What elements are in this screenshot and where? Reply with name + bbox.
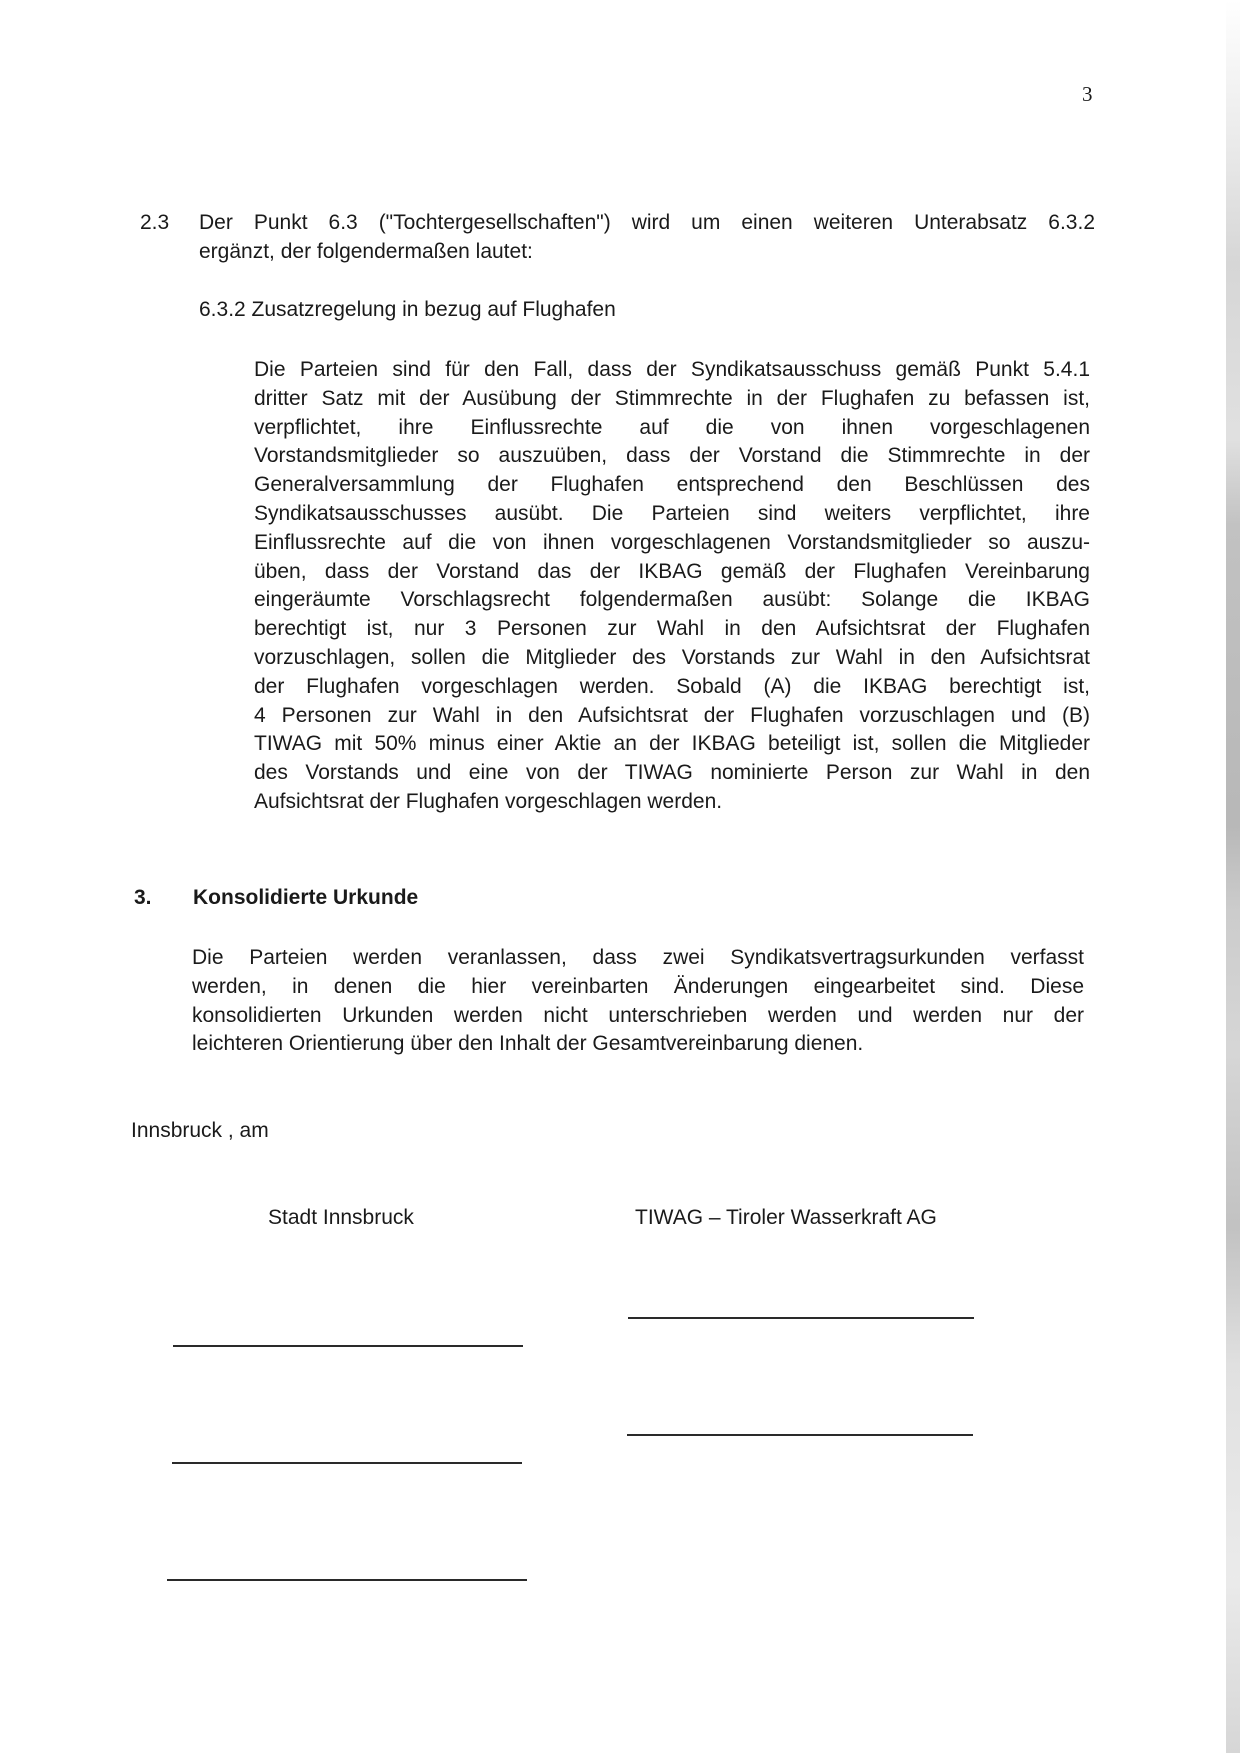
text-line: werden, in denen die hier vereinbarten Ä… <box>192 973 1084 1002</box>
text-line: Aufsichtsrat der Flughafen vorgeschlagen… <box>254 788 1090 817</box>
signature-line-right-2 <box>627 1434 973 1436</box>
subsection-title: 6.3.2 Zusatzregelung in bezug auf Flugha… <box>199 296 616 325</box>
text-line: Die Parteien werden veranlassen, dass zw… <box>192 944 1084 973</box>
text-line: leichteren Orientierung über den Inhalt … <box>192 1030 1084 1059</box>
text-line: TIWAG mit 50% minus einer Aktie an der I… <box>254 730 1090 759</box>
text-line: Der Punkt 6.3 ("Tochtergesellschaften") … <box>199 209 1095 238</box>
text-line: der Flughafen vorgeschlagen werden. Soba… <box>254 673 1090 702</box>
text-line: des Vorstands und eine von der TIWAG nom… <box>254 759 1090 788</box>
text-line: üben, dass der Vorstand das der IKBAG ge… <box>254 558 1090 587</box>
text-line: dritter Satz mit der Ausübung der Stimmr… <box>254 385 1090 414</box>
signature-line-left-1 <box>173 1345 523 1347</box>
text-line: Einflussrechte auf die von ihnen vorgesc… <box>254 529 1090 558</box>
signature-line-left-3 <box>167 1579 527 1581</box>
section-2-3-text: Der Punkt 6.3 ("Tochtergesellschaften") … <box>199 209 1095 267</box>
scan-edge-shadow <box>1226 0 1240 1753</box>
text-line: ergänzt, der folgendermaßen lautet: <box>199 238 1095 267</box>
text-line: konsolidierten Urkunden werden nicht unt… <box>192 1002 1084 1031</box>
text-line: 4 Personen zur Wahl in den Aufsichtsrat … <box>254 702 1090 731</box>
signature-line-left-2 <box>172 1462 522 1464</box>
text-line: Generalversammlung der Flughafen entspre… <box>254 471 1090 500</box>
text-line: eingeräumte Vorschlagsrecht folgendermaß… <box>254 586 1090 615</box>
text-line: vorzuschlagen, sollen die Mitglieder des… <box>254 644 1090 673</box>
page-number: 3 <box>1082 82 1093 107</box>
subsection-body: Die Parteien sind für den Fall, dass der… <box>254 356 1090 817</box>
text-line: verpflichtet, ihre Einflussrechte auf di… <box>254 414 1090 443</box>
text-line: Die Parteien sind für den Fall, dass der… <box>254 356 1090 385</box>
text-line: Vorstandsmitglieder so auszuüben, dass d… <box>254 442 1090 471</box>
signature-line-right-1 <box>628 1317 974 1319</box>
party-left-name: Stadt Innsbruck <box>268 1204 414 1233</box>
section-3-number: 3. <box>134 884 152 913</box>
text-line: Syndikatsausschusses ausübt. Die Parteie… <box>254 500 1090 529</box>
party-right-name: TIWAG – Tiroler Wasserkraft AG <box>635 1204 937 1233</box>
section-3-body: Die Parteien werden veranlassen, dass zw… <box>192 944 1084 1059</box>
section-3-title: Konsolidierte Urkunde <box>193 884 418 913</box>
text-line: berechtigt ist, nur 3 Personen zur Wahl … <box>254 615 1090 644</box>
place-date: Innsbruck , am <box>131 1117 269 1146</box>
section-2-3-number: 2.3 <box>140 209 169 238</box>
